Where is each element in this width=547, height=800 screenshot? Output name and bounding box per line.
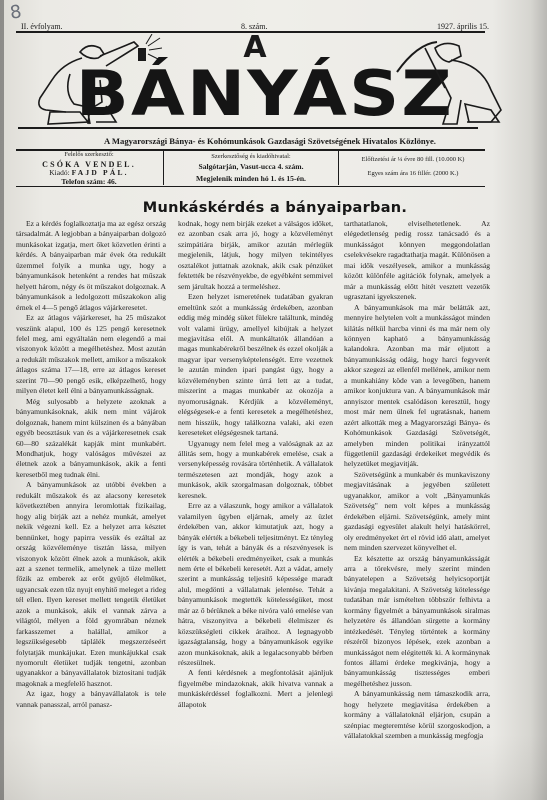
paragraph: A fenti kérdésnek a megfontolását ajánlj… [178,668,333,710]
paragraph: Ez az átlagos vájárkereset, ha 25 műszak… [16,313,166,397]
office-address: Salgótarján, Vasut-ucca 4. szám. [165,162,337,172]
paragraph: Ezen helyzet ismeretének tudatában gyakr… [178,292,333,438]
masthead-bottom-rule [18,127,478,129]
editor-label: Felelős szerkesztő: [16,150,162,160]
issue-date: 1927. április 15. [437,22,489,31]
newspaper-page: 8 II. évfolyam. 8. szám. 1927. április 1… [0,0,547,800]
publisher-name: FAJD PÁL. [72,168,129,177]
price-box: Előfizetési ár ¼ évre 80 fill. (10.000 K… [340,150,486,185]
paragraph: tarthatatlanok, elviselhetetlenek. Az el… [344,219,490,303]
paragraph: Ez a kérdés foglalkoztatja ma az egész o… [16,219,166,313]
masthead-title: BÁNYÁSZ [76,60,434,128]
paragraph: Ez késztette az ország bányamunkásságát … [344,554,490,690]
paragraph: Erre az a válaszunk, hogy amikor a válla… [178,501,333,668]
editor-box: Felelős szerkesztő: CSÓKA VENDEL. Kiadó:… [16,150,162,185]
office-label: Szerkesztőség és kiadóhivatal: [165,152,337,162]
info-divider-2 [338,151,339,185]
article-headline: Munkáskérdés a bányaiparban. [105,200,445,216]
article-column-3: tarthatatlanok, elviselhetetlenek. Az el… [344,219,490,742]
paragraph: A bányamunkások ma már belátták azt, men… [344,303,490,470]
paragraph: Szövetségünk a munkabér és munkaviszony … [344,470,490,554]
office-box: Szerkesztőség és kiadóhivatal: Salgótarj… [165,150,337,185]
article-column-2: kodnak, hogy nem birják ezeket a válságo… [178,219,333,710]
publisher-label: Kiadó: [49,168,69,177]
single-issue-price: Egyes szám ára 16 fillér. (2000 K.) [340,169,486,179]
info-bottom-rule [16,186,485,187]
paragraph: Ugyanugy nem felel meg a valóságnak az a… [178,439,333,502]
paragraph: A bányamunkásság nem támaszkodik arra, h… [344,689,490,741]
article-column-1: Ez a kérdés foglalkoztatja ma az egész o… [16,219,166,710]
info-divider-1 [163,151,164,185]
volume-label: II. évfolyam. [21,22,63,31]
pencil-page-number: 8 [9,1,23,23]
miner-with-pickaxe-icon [395,34,515,129]
paragraph: Az igaz, hogy a bányavállalatok is tele … [16,689,166,710]
paragraph: Még sulyosabb a helyzete azoknak a bánya… [16,397,166,481]
paragraph: A bányamunkások az utóbbi években a redu… [16,480,166,689]
scan-edge-shadow [0,0,4,800]
masthead-subtitle: A Magyarországi Bánya- és Kohómunkások G… [20,136,520,146]
subscription-price: Előfizetési ár ¼ évre 80 fill. (10.000 K… [340,155,486,165]
paragraph: kodnak, hogy nem birják ezeket a válságo… [178,219,333,292]
paper-stain [0,735,547,800]
publication-schedule: Megjelenik minden hó 1. és 15-én. [165,174,337,184]
